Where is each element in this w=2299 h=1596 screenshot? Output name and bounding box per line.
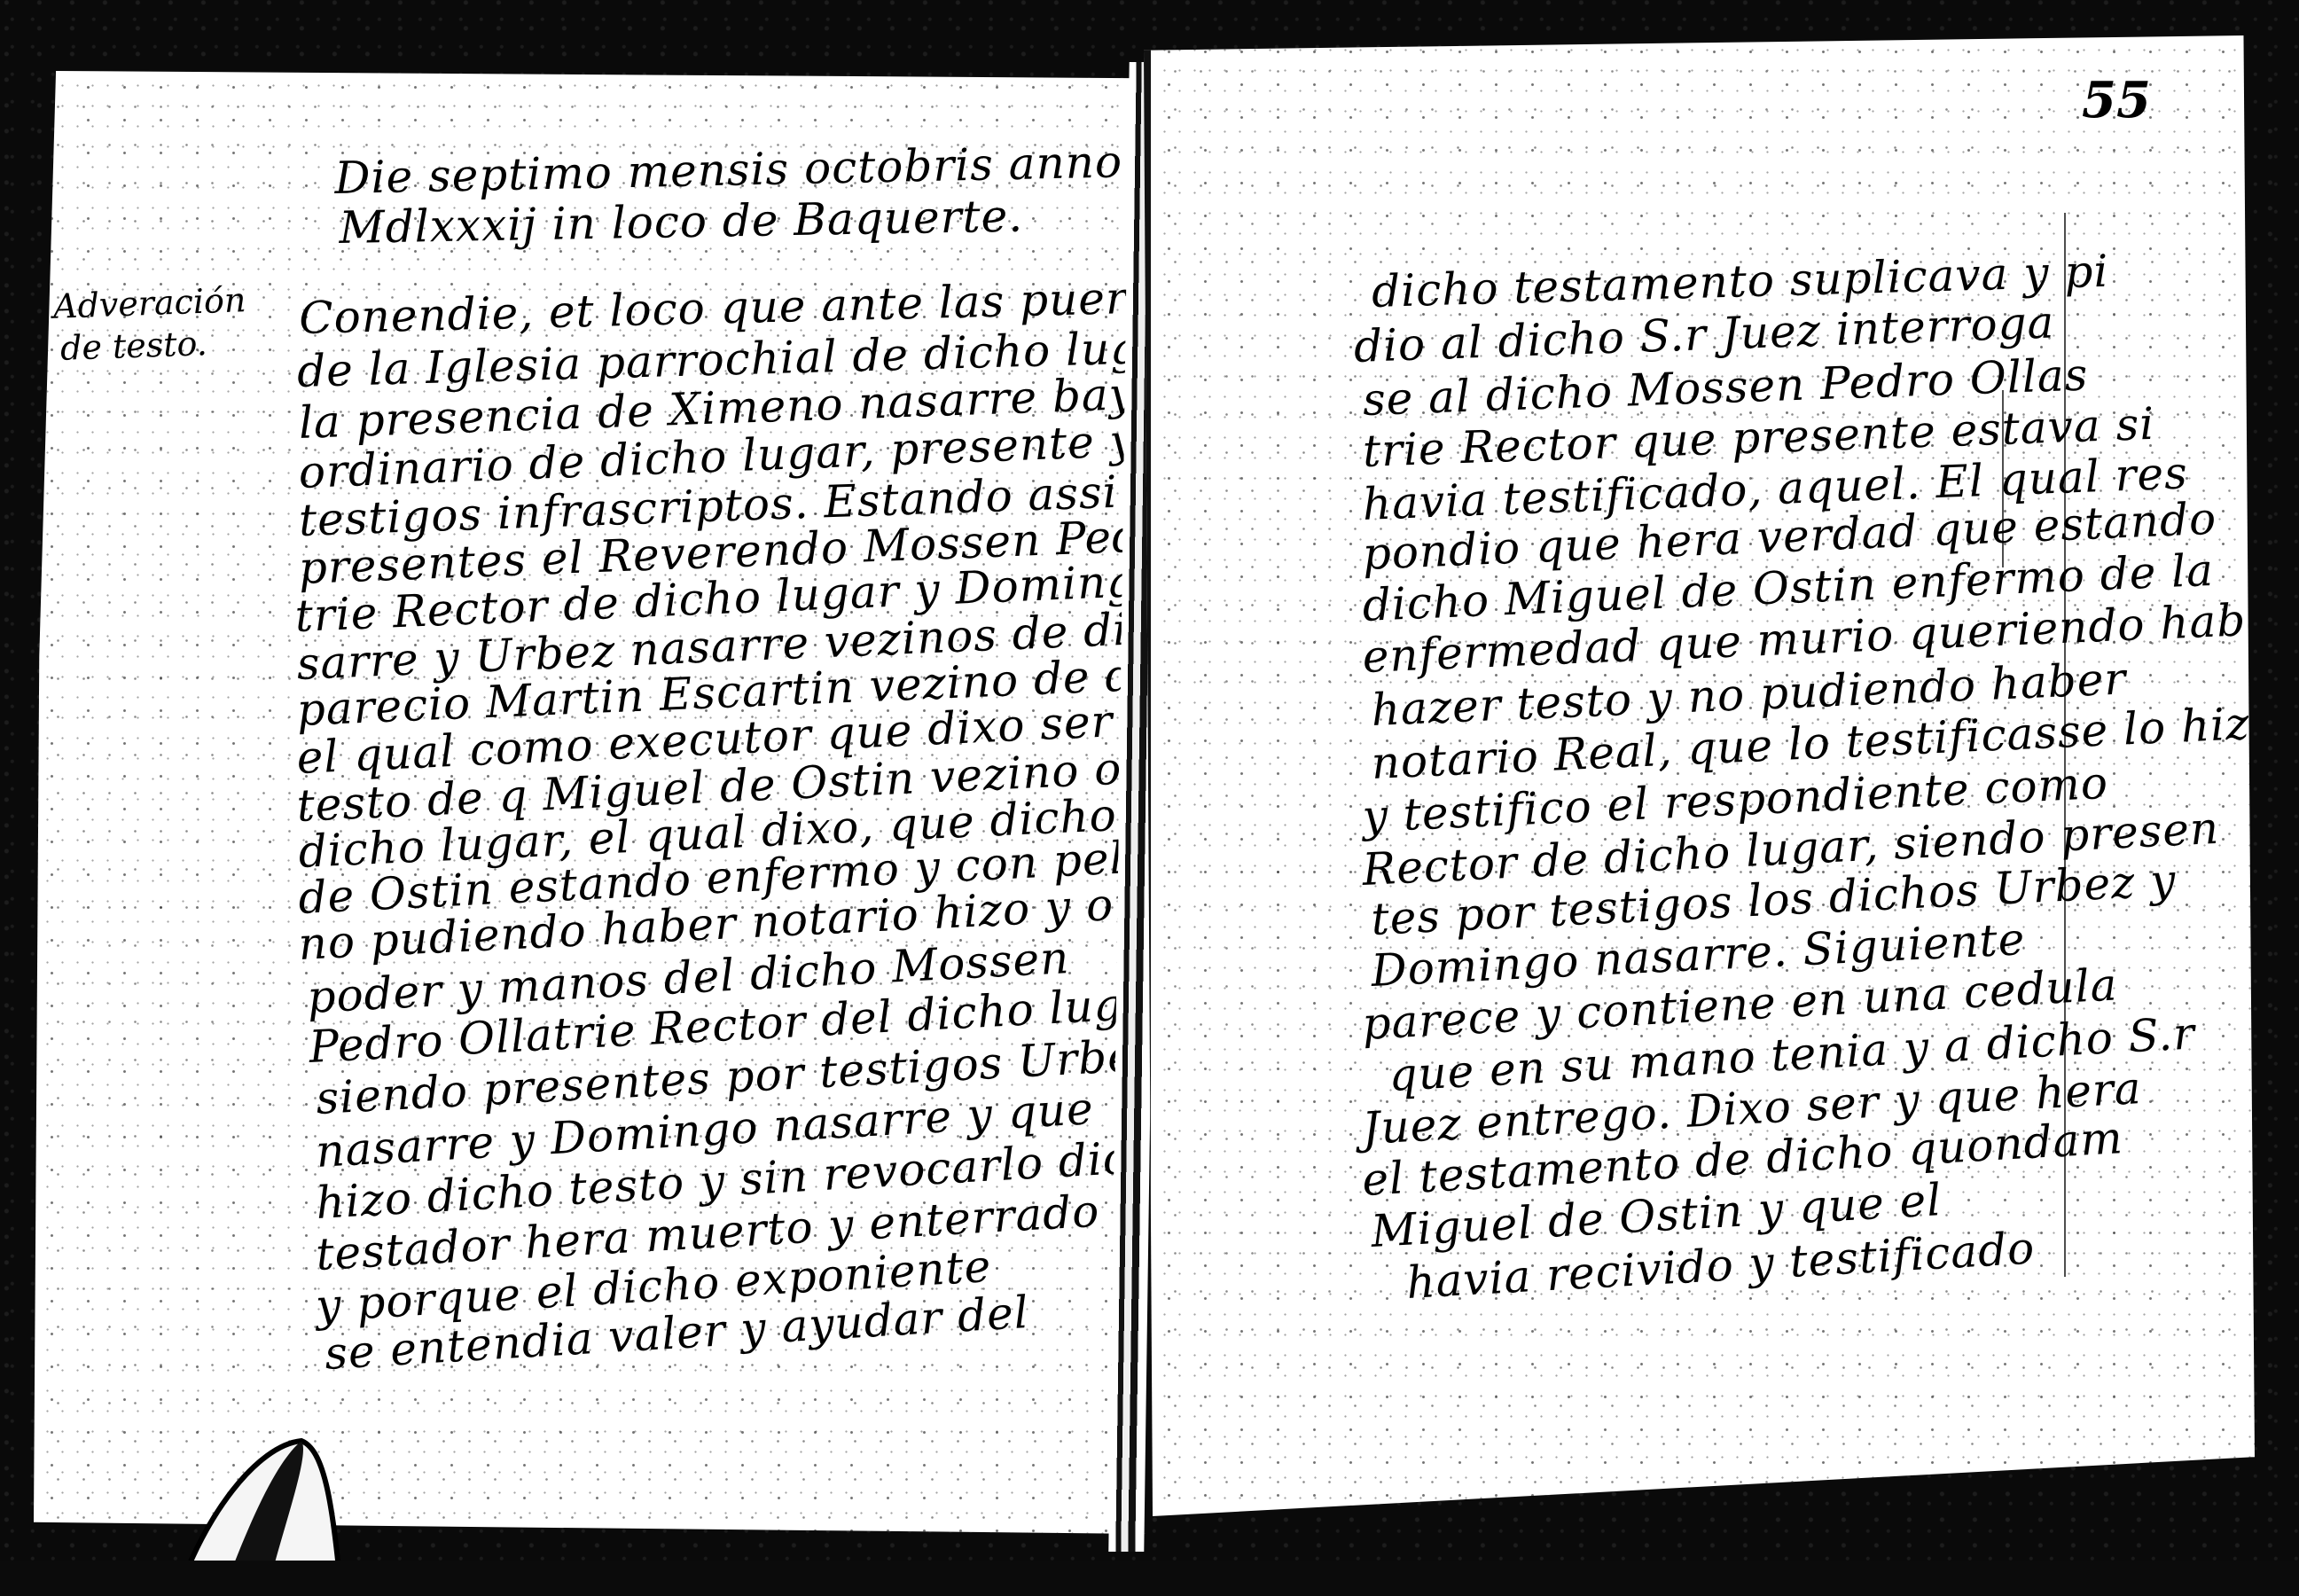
heading-line-2: Mdlxxxij in loco de Baquerte. [339,191,1024,254]
heading-line-1: Die septimo mensis octobris anno dni [334,134,1146,204]
scan-bottom-edge [0,1561,2299,1596]
left-page: Die septimo mensis octobris anno dni Mdl… [34,71,1146,1534]
folio-number: 55 [2082,71,2151,129]
margin-note-line-2: de testo. [59,324,207,368]
margin-note-line-1: Adveración [52,280,246,326]
right-page: 55 dicho testamento suplicava y pi dio a… [1144,35,2255,1516]
